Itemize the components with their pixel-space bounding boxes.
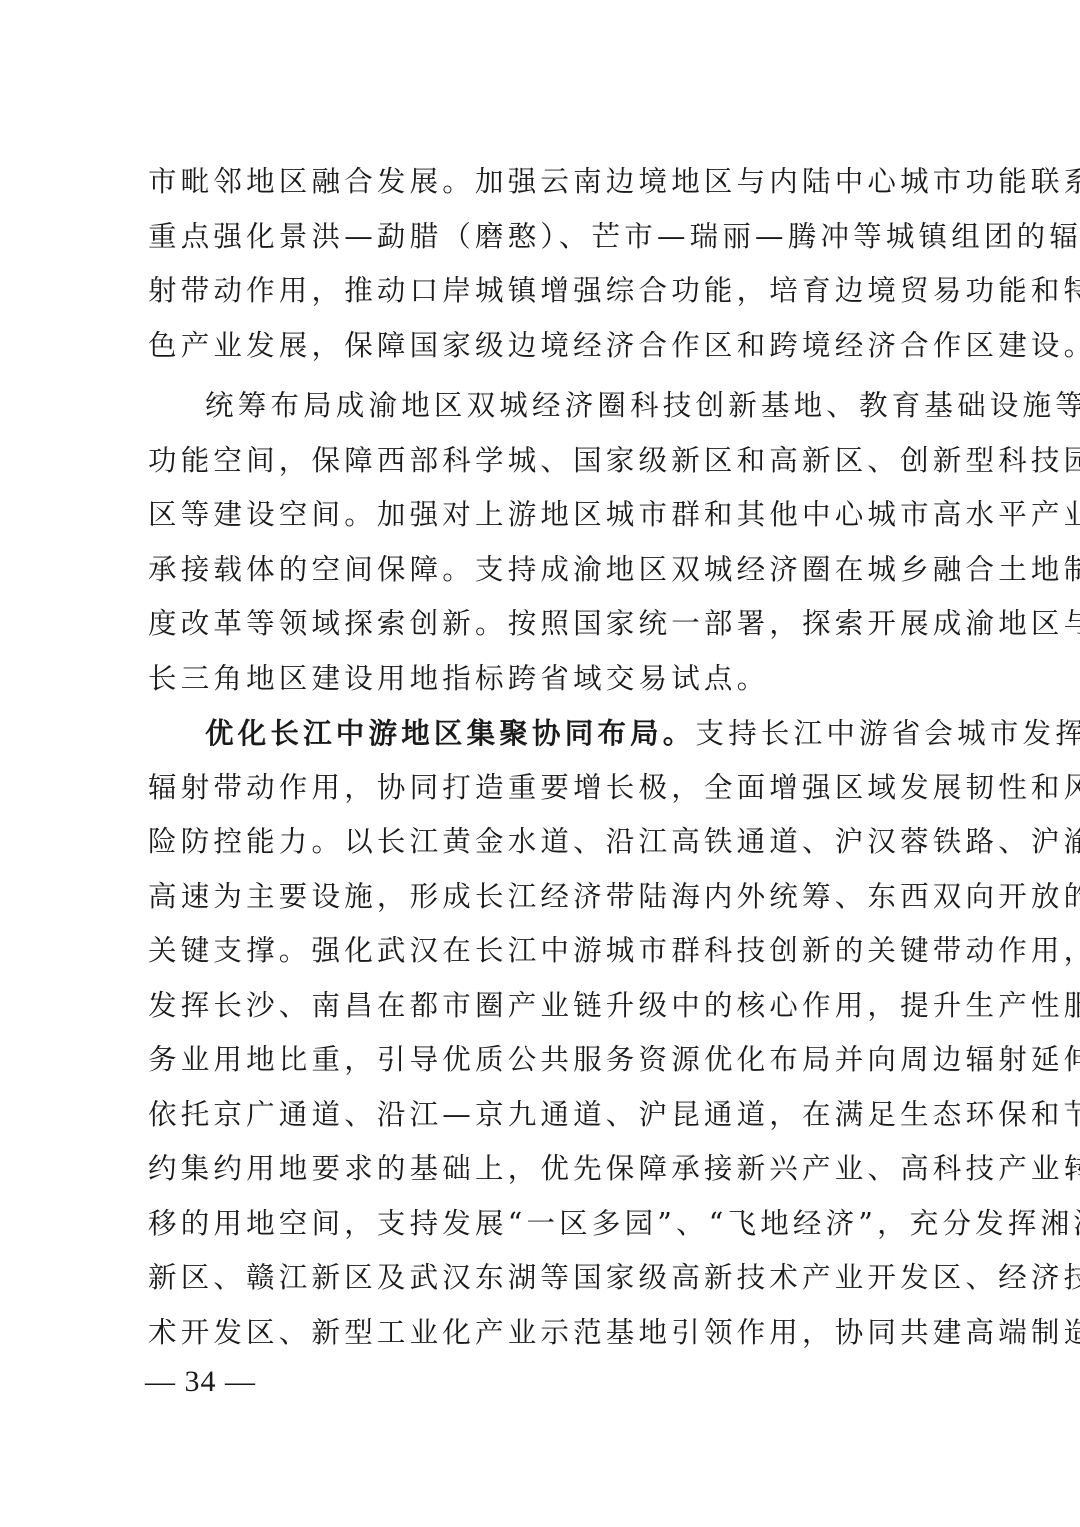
text-line: 发挥长沙、南昌在都市圈产业链升级中的核心作用，提升生产性服 (148, 979, 935, 1034)
text-line: 承接载体的空间保障。支持成渝地区双城经济圈在城乡融合土地制 (148, 543, 935, 598)
text-line: 优化长江中游地区集聚协同布局。支持长江中游省会城市发挥 (148, 706, 935, 761)
text-line: 区等建设空间。加强对上游地区城市群和其他中心城市高水平产业 (148, 488, 935, 543)
paragraph-1: 市毗邻地区融合发展。加强云南边境地区与内陆中心城市功能联系， 重点强化景洪—勐腊… (148, 155, 938, 373)
paragraph-2: 统筹布局成渝地区双城经济圈科技创新基地、教育基础设施等 功能空间，保障西部科学城… (148, 379, 938, 706)
text-line: 射带动作用，推动口岸城镇增强综合功能，培育边境贸易功能和特 (148, 264, 935, 319)
paragraph-text: 支持长江中游省会城市发挥 (696, 717, 1080, 750)
text-line: 统筹布局成渝地区双城经济圈科技创新基地、教育基础设施等 (148, 379, 935, 434)
text-line: 重点强化景洪—勐腊（磨憨）、芒市—瑞丽—腾冲等城镇组团的辐 (148, 210, 935, 265)
text-line: 移的用地空间，支持发展“一区多园”、“飞地经济”，充分发挥湘江 (148, 1197, 935, 1252)
paragraph-heading: 优化长江中游地区集聚协同布局。 (205, 716, 696, 750)
text-line: 术开发区、新型工业化产业示范基地引领作用，协同共建高端制造 (148, 1306, 935, 1361)
text-line: 关键支撑。强化武汉在长江中游城市群科技创新的关键带动作用， (148, 924, 935, 979)
text-line: 高速为主要设施，形成长江经济带陆海内外统筹、东西双向开放的 (148, 870, 935, 925)
document-page: 市毗邻地区融合发展。加强云南边境地区与内陆中心城市功能联系， 重点强化景洪—勐腊… (148, 155, 938, 1360)
text-line: 辐射带动作用，协同打造重要增长极，全面增强区域发展韧性和风 (148, 761, 935, 816)
text-line: 色产业发展，保障国家级边境经济合作区和跨境经济合作区建设。 (148, 319, 935, 374)
text-line: 约集约用地要求的基础上，优先保障承接新兴产业、高科技产业转 (148, 1142, 935, 1197)
page-number: — 34 — (145, 1365, 256, 1399)
paragraph-3: 优化长江中游地区集聚协同布局。支持长江中游省会城市发挥 辐射带动作用，协同打造重… (148, 706, 938, 1360)
text-line: 功能空间，保障西部科学城、国家级新区和高新区、创新型科技园 (148, 434, 935, 489)
text-line: 新区、赣江新区及武汉东湖等国家级高新技术产业开发区、经济技 (148, 1251, 935, 1306)
text-line: 市毗邻地区融合发展。加强云南边境地区与内陆中心城市功能联系， (148, 155, 935, 210)
text-line: 长三角地区建设用地指标跨省域交易试点。 (148, 652, 935, 707)
text-line: 依托京广通道、沿江—京九通道、沪昆通道，在满足生态环保和节 (148, 1088, 935, 1143)
text-line: 度改革等领域探索创新。按照国家统一部署，探索开展成渝地区与 (148, 597, 935, 652)
text-line: 险防控能力。以长江黄金水道、沿江高铁通道、沪汉蓉铁路、沪渝 (148, 815, 935, 870)
text-line: 务业用地比重，引导优质公共服务资源优化布局并向周边辐射延伸。 (148, 1033, 935, 1088)
